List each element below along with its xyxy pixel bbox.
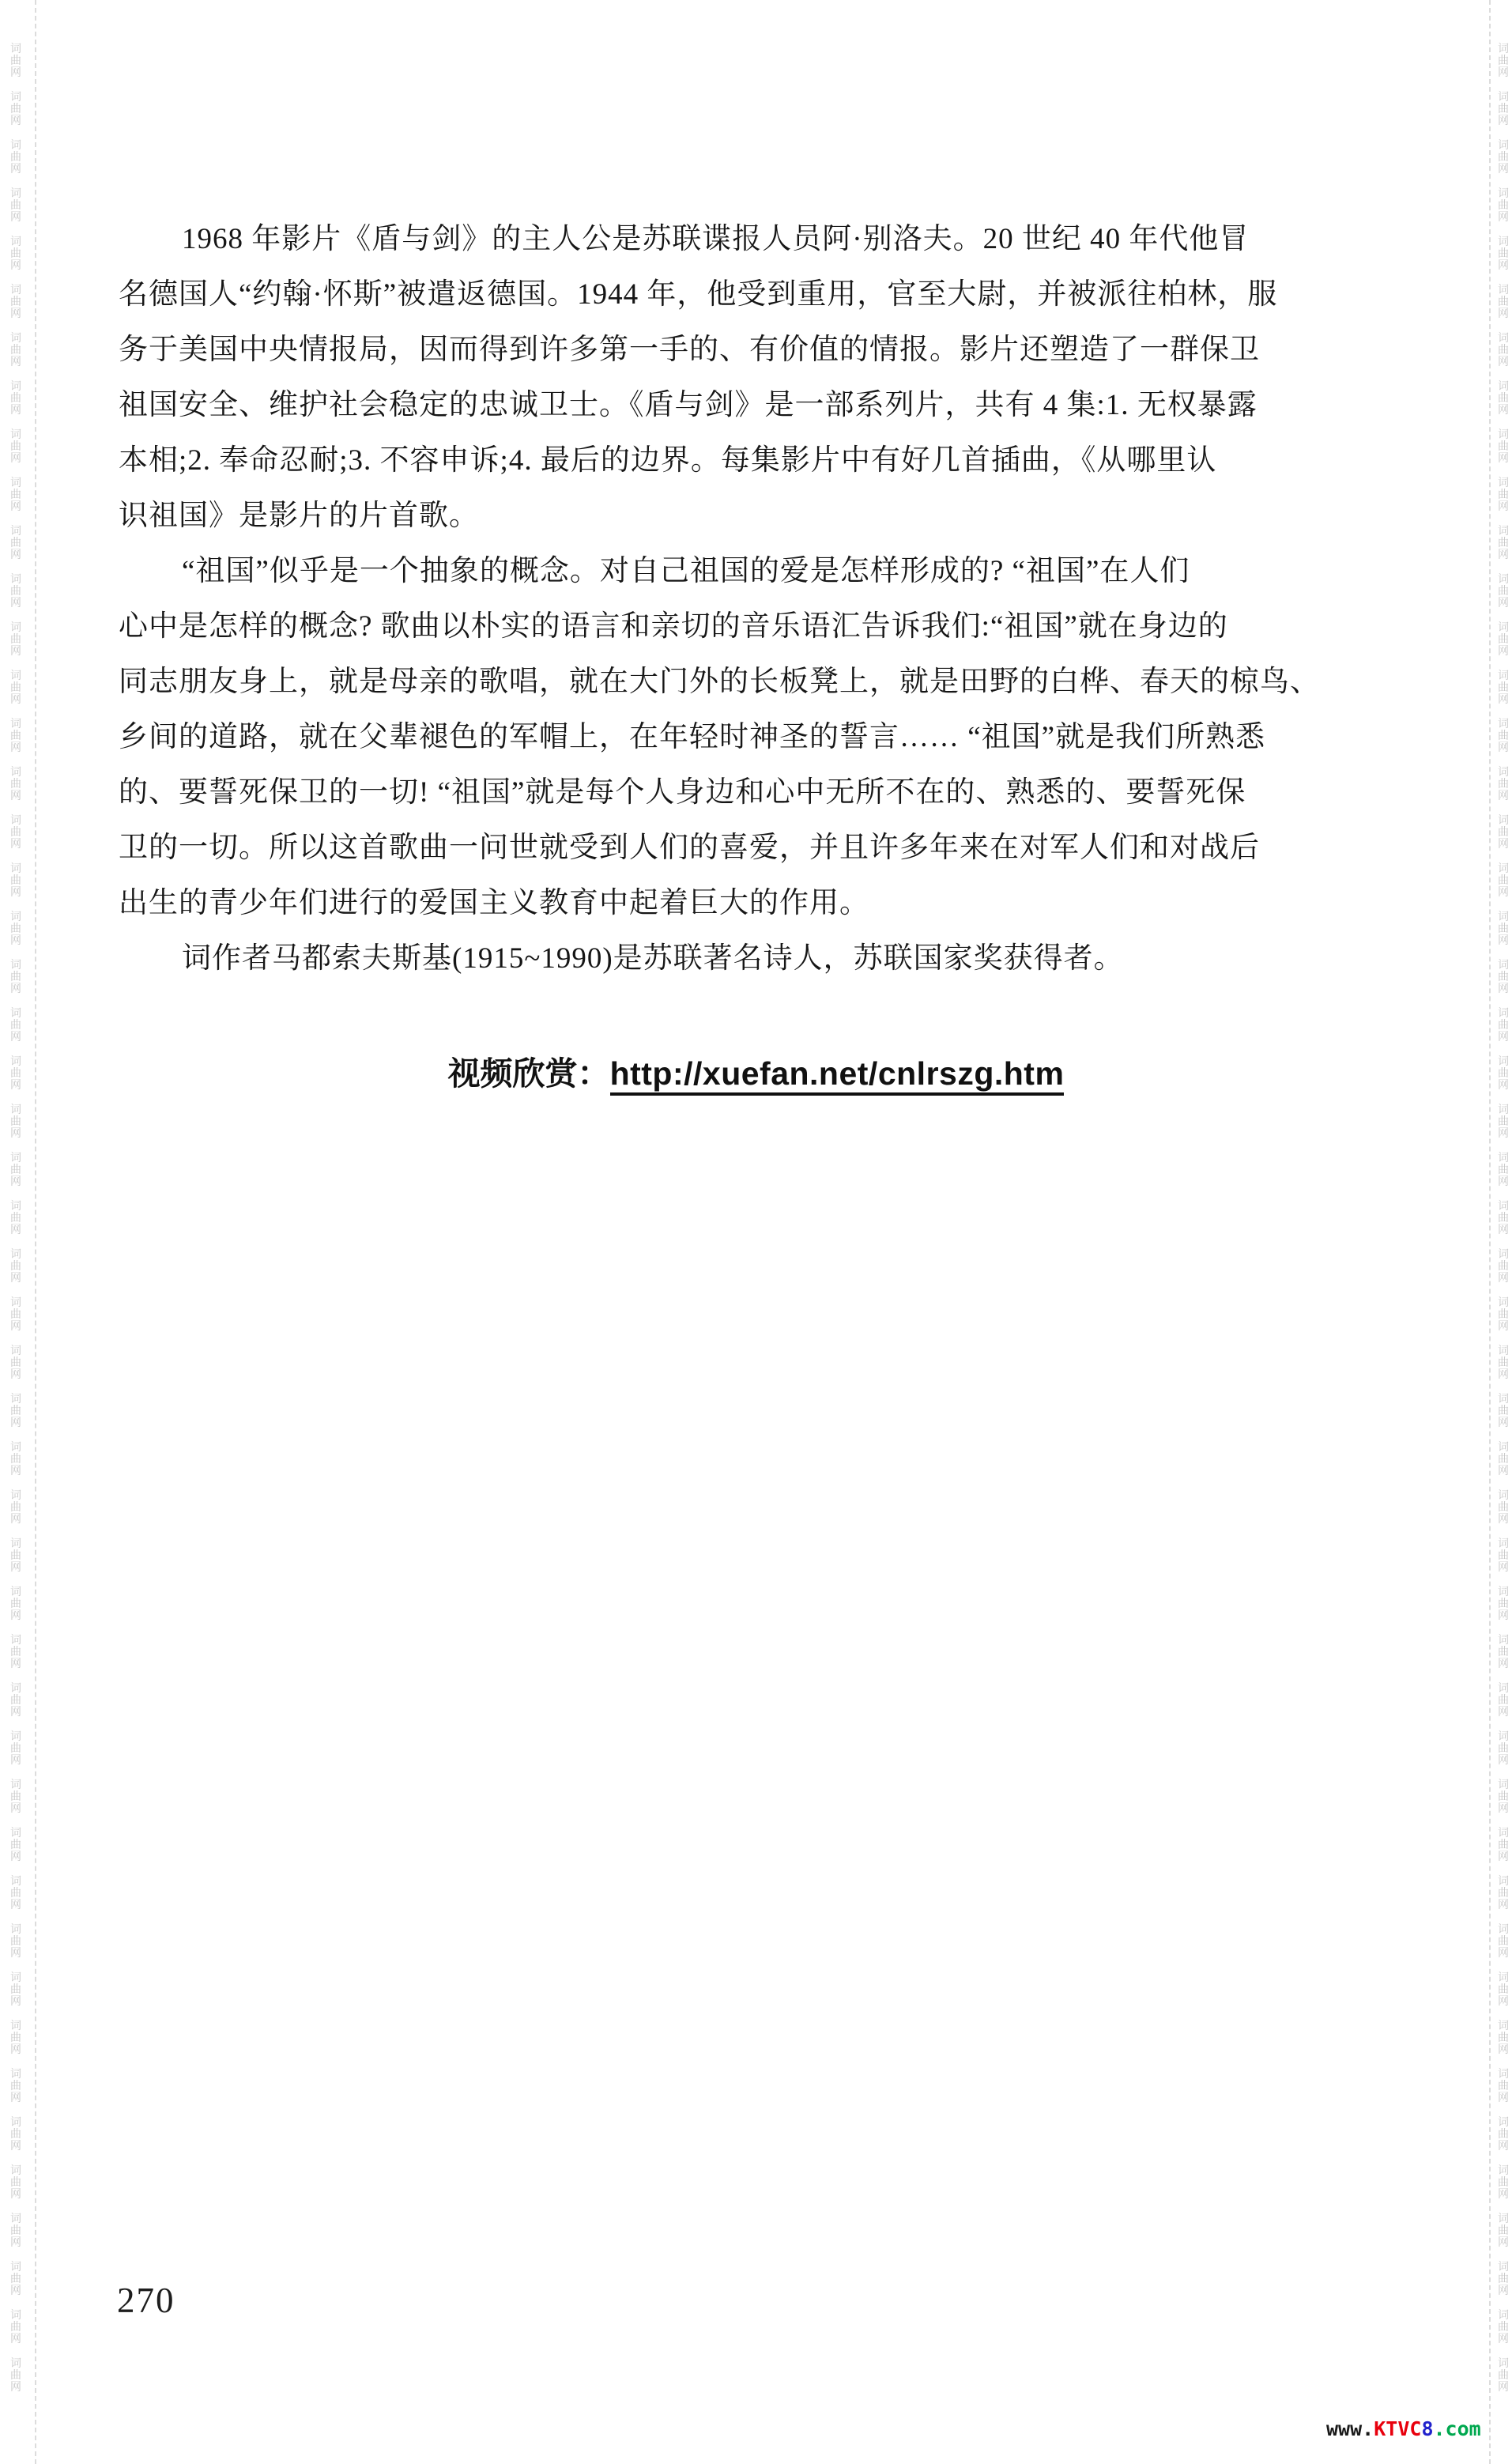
margin-watermark-char: 曲	[10, 1695, 21, 1707]
margin-watermark-char: 曲	[1498, 1791, 1509, 1803]
margin-watermark-char: 曲	[1498, 296, 1509, 308]
margin-watermark-group: 词曲网	[1498, 2117, 1509, 2153]
margin-watermark-char: 曲	[10, 489, 21, 501]
margin-watermark-char: 曲	[10, 1357, 21, 1369]
margin-watermark-group: 词曲网	[1498, 526, 1509, 561]
margin-watermark-char: 曲	[10, 634, 21, 646]
margin-watermark-group: 词曲网	[1498, 1635, 1509, 1670]
margin-watermark-group: 词曲网	[10, 1008, 21, 1043]
margin-watermark-char: 词	[1498, 1538, 1509, 1550]
margin-watermark-char: 词	[10, 1442, 21, 1454]
margin-watermark-char: 网	[10, 67, 21, 79]
margin-watermark-group: 词曲网	[10, 960, 21, 995]
text-line: 识祖国》是影片的片首歌。	[119, 489, 1386, 544]
margin-watermark-group: 词曲网	[1498, 1345, 1509, 1381]
margin-watermark-char: 网	[10, 598, 21, 609]
margin-watermark-char: 曲	[1498, 1888, 1509, 1900]
margin-watermark-char: 网	[10, 260, 21, 272]
margin-watermark-char: 曲	[1498, 200, 1509, 212]
margin-watermark-char: 网	[1498, 1900, 1509, 1911]
text-line: 名德国人“约翰·怀斯”被遣返德国。1944 年，他受到重用，官至大尉，并被派往柏…	[119, 267, 1386, 323]
margin-watermark-group: 词曲网	[1498, 960, 1509, 995]
margin-watermark-char: 网	[1498, 2092, 1509, 2104]
text-line: 本相;2. 奉命忍耐;3. 不容申诉;4. 最后的边界。每集影片中有好几首插曲，…	[119, 433, 1386, 489]
margin-watermark-group: 词曲网	[10, 1104, 21, 1140]
margin-watermark-char: 网	[10, 1369, 21, 1381]
margin-watermark-group: 词曲网	[10, 92, 21, 127]
margin-watermark-char: 网	[10, 1755, 21, 1767]
text-line: 词作者马都索夫斯基(1915~1990)是苏联著名诗人，苏联国家奖获得者。	[119, 931, 1386, 987]
margin-watermark-char: 曲	[10, 393, 21, 405]
margin-watermark-char: 网	[1498, 1032, 1509, 1043]
margin-watermark-char: 词	[1498, 1490, 1509, 1502]
margin-watermark-char: 词	[10, 43, 21, 55]
margin-watermark-char: 词	[10, 140, 21, 152]
margin-watermark-group: 词曲网	[1498, 767, 1509, 802]
margin-watermark-char: 曲	[1498, 779, 1509, 791]
margin-watermark-group: 词曲网	[1498, 1249, 1509, 1285]
margin-watermark-char: 曲	[10, 779, 21, 791]
margin-watermark-char: 曲	[1498, 1406, 1509, 1417]
margin-watermark-char: 曲	[10, 2177, 21, 2189]
margin-watermark-char: 词	[1498, 2262, 1509, 2273]
margin-watermark-group: 词曲网	[10, 236, 21, 272]
right-margin-watermark-column: 词曲网词曲网词曲网词曲网词曲网词曲网词曲网词曲网词曲网词曲网词曲网词曲网词曲网词…	[1492, 43, 1512, 2406]
margin-watermark-group: 词曲网	[10, 1538, 21, 1574]
margin-watermark-char: 词	[1498, 863, 1509, 875]
margin-watermark-char: 曲	[10, 345, 21, 357]
margin-watermark-group: 词曲网	[1498, 719, 1509, 754]
margin-watermark-group: 词曲网	[1498, 1924, 1509, 1960]
margin-watermark-group: 词曲网	[10, 2358, 21, 2394]
margin-watermark-group: 词曲网	[1498, 381, 1509, 417]
margin-watermark-char: 网	[1498, 1996, 1509, 2008]
margin-watermark-char: 曲	[10, 1936, 21, 1948]
margin-watermark-char: 词	[1498, 92, 1509, 104]
margin-watermark-group: 词曲网	[1498, 1153, 1509, 1188]
margin-watermark-char: 网	[10, 1948, 21, 1960]
margin-watermark-char: 词	[10, 574, 21, 586]
margin-watermark-group: 词曲网	[1498, 2358, 1509, 2394]
margin-watermark-group: 词曲网	[10, 1153, 21, 1188]
margin-watermark-char: 词	[10, 381, 21, 393]
margin-watermark-group: 词曲网	[10, 1249, 21, 1285]
margin-watermark-char: 词	[10, 1731, 21, 1743]
margin-watermark-group: 词曲网	[1498, 1876, 1509, 1911]
text-line: 1968 年影片《盾与剑》的主人公是苏联谍报人员阿·别洛夫。20 世纪 40 年…	[119, 212, 1386, 267]
margin-watermark-char: 曲	[1498, 104, 1509, 115]
margin-watermark-char: 词	[1498, 1297, 1509, 1309]
margin-watermark-char: 网	[10, 1128, 21, 1140]
margin-watermark-char: 曲	[1498, 1020, 1509, 1032]
margin-watermark-group: 词曲网	[1498, 1008, 1509, 1043]
margin-watermark-group: 词曲网	[10, 1972, 21, 2008]
margin-watermark-char: 曲	[1498, 1116, 1509, 1128]
margin-watermark-group: 词曲网	[10, 815, 21, 851]
text-line: 乡间的道路，就在父辈褪色的军帽上，在年轻时神圣的誓言…… “祖国”就是我们所熟悉	[119, 710, 1386, 765]
margin-watermark-group: 词曲网	[1498, 1104, 1509, 1140]
margin-watermark-char: 网	[10, 887, 21, 899]
margin-watermark-char: 网	[1498, 646, 1509, 658]
margin-watermark-char: 词	[1498, 2069, 1509, 2081]
margin-watermark-char: 曲	[1498, 827, 1509, 839]
margin-watermark-char: 曲	[10, 1020, 21, 1032]
margin-watermark-char: 网	[1498, 357, 1509, 368]
margin-watermark-char: 曲	[1498, 1743, 1509, 1755]
margin-watermark-group: 词曲网	[10, 1345, 21, 1381]
margin-watermark-group: 词曲网	[1498, 1828, 1509, 1863]
margin-watermark-char: 词	[10, 1201, 21, 1213]
margin-watermark-char: 网	[1498, 1369, 1509, 1381]
margin-watermark-group: 词曲网	[1498, 140, 1509, 175]
margin-watermark-group: 词曲网	[1498, 429, 1509, 465]
margin-watermark-char: 词	[1498, 1442, 1509, 1454]
site-watermark: www.KTVC8.com	[1326, 2417, 1481, 2440]
margin-watermark-char: 词	[1498, 188, 1509, 200]
margin-watermark-char: 网	[1498, 308, 1509, 320]
margin-watermark-char: 曲	[1498, 393, 1509, 405]
margin-watermark-char: 词	[10, 285, 21, 296]
margin-watermark-char: 词	[10, 1924, 21, 1936]
margin-watermark-char: 网	[1498, 887, 1509, 899]
margin-watermark-char: 曲	[10, 923, 21, 935]
margin-watermark-char: 曲	[1498, 586, 1509, 598]
margin-watermark-char: 词	[1498, 670, 1509, 682]
margin-watermark-char: 网	[10, 2237, 21, 2249]
margin-watermark-char: 曲	[10, 827, 21, 839]
margin-watermark-char: 网	[1498, 1562, 1509, 1574]
margin-watermark-char: 曲	[1498, 441, 1509, 453]
margin-watermark-group: 词曲网	[10, 1683, 21, 1719]
margin-watermark-char: 网	[1498, 2141, 1509, 2153]
margin-watermark-group: 词曲网	[1498, 2310, 1509, 2345]
margin-watermark-char: 词	[1498, 429, 1509, 441]
margin-watermark-char: 网	[10, 791, 21, 802]
video-link[interactable]: http://xuefan.net/cnlrszg.htm	[610, 1055, 1065, 1096]
margin-watermark-char: 词	[10, 1683, 21, 1695]
text-line: 心中是怎样的概念? 歌曲以朴实的语言和亲切的音乐语汇告诉我们:“祖国”就在身边的	[119, 599, 1386, 655]
margin-watermark-char: 词	[1498, 1828, 1509, 1840]
margin-watermark-char: 网	[1498, 1321, 1509, 1333]
margin-watermark-group: 词曲网	[10, 1394, 21, 1429]
margin-watermark-char: 词	[10, 670, 21, 682]
margin-watermark-char: 网	[1498, 1224, 1509, 1236]
text-line: 务于美国中央情报局，因而得到许多第一手的、有价值的情报。影片还塑造了一群保卫	[119, 323, 1386, 378]
margin-watermark-char: 词	[10, 2213, 21, 2225]
margin-watermark-char: 词	[10, 1153, 21, 1164]
margin-watermark-char: 网	[1498, 791, 1509, 802]
margin-watermark-char: 曲	[1498, 1502, 1509, 1514]
margin-watermark-char: 网	[10, 1273, 21, 1285]
margin-watermark-char: 网	[10, 1562, 21, 1574]
margin-watermark-char: 词	[1498, 719, 1509, 730]
text-line: 的、要誓死保卫的一切! “祖国”就是每个人身边和心中无所不在的、熟悉的、要誓死保	[119, 765, 1386, 821]
margin-watermark-char: 网	[1498, 839, 1509, 851]
margin-watermark-char: 曲	[10, 1116, 21, 1128]
margin-watermark-char: 曲	[1498, 1261, 1509, 1273]
margin-watermark-char: 词	[10, 815, 21, 827]
margin-watermark-group: 词曲网	[10, 2117, 21, 2153]
margin-watermark-char: 曲	[10, 2129, 21, 2141]
margin-watermark-char: 网	[10, 694, 21, 706]
text-line: 卫的一切。所以这首歌曲一问世就受到人们的喜爱，并且许多年来在对军人们和对战后	[119, 821, 1386, 876]
margin-watermark-char: 曲	[10, 1550, 21, 1562]
margin-watermark-group: 词曲网	[10, 863, 21, 899]
margin-watermark-char: 词	[1498, 1153, 1509, 1164]
margin-watermark-char: 词	[10, 1876, 21, 1888]
margin-watermark-group: 词曲网	[10, 911, 21, 947]
margin-watermark-char: 曲	[10, 1309, 21, 1321]
margin-watermark-char: 网	[1498, 2382, 1509, 2394]
margin-watermark-char: 网	[1498, 1755, 1509, 1767]
margin-watermark-group: 词曲网	[10, 1924, 21, 1960]
margin-watermark-char: 网	[1498, 2285, 1509, 2297]
margin-watermark-char: 曲	[10, 1840, 21, 1851]
margin-watermark-char: 曲	[1498, 1840, 1509, 1851]
margin-watermark-group: 词曲网	[10, 1828, 21, 1863]
margin-watermark-char: 词	[10, 2310, 21, 2322]
margin-watermark-char: 网	[10, 549, 21, 561]
margin-watermark-group: 词曲网	[10, 1201, 21, 1236]
margin-watermark-char: 网	[10, 1610, 21, 1622]
page-number: 270	[117, 2280, 175, 2321]
margin-watermark-char: 词	[1498, 333, 1509, 345]
margin-watermark-group: 词曲网	[10, 767, 21, 802]
margin-watermark-group: 词曲网	[10, 2310, 21, 2345]
margin-watermark-char: 词	[10, 863, 21, 875]
margin-watermark-char: 词	[1498, 1104, 1509, 1116]
margin-watermark-group: 词曲网	[10, 622, 21, 658]
margin-watermark-char: 网	[10, 935, 21, 947]
margin-watermark-char: 词	[10, 526, 21, 538]
margin-watermark-char: 网	[10, 1224, 21, 1236]
margin-watermark-char: 曲	[10, 2225, 21, 2237]
margin-watermark-char: 曲	[1498, 2177, 1509, 2189]
margin-watermark-char: 曲	[10, 2032, 21, 2044]
margin-watermark-char: 词	[10, 1587, 21, 1598]
site-watermark-segment: .com	[1434, 2417, 1481, 2440]
margin-watermark-char: 词	[10, 1538, 21, 1550]
margin-watermark-char: 网	[1498, 742, 1509, 754]
margin-watermark-char: 网	[1498, 1610, 1509, 1622]
margin-watermark-char: 词	[10, 1635, 21, 1647]
margin-watermark-char: 词	[10, 1394, 21, 1406]
margin-watermark-group: 词曲网	[10, 333, 21, 368]
margin-watermark-char: 网	[10, 1707, 21, 1719]
margin-watermark-char: 词	[10, 2358, 21, 2370]
text-line: 祖国安全、维护社会稳定的忠诚卫士。《盾与剑》是一部系列片，共有 4 集:1. 无…	[119, 378, 1386, 433]
margin-watermark-char: 曲	[1498, 1357, 1509, 1369]
margin-watermark-group: 词曲网	[1498, 815, 1509, 851]
margin-watermark-char: 词	[10, 1297, 21, 1309]
margin-watermark-char: 曲	[10, 682, 21, 694]
margin-watermark-char: 词	[1498, 2117, 1509, 2129]
margin-watermark-char: 曲	[10, 104, 21, 115]
margin-watermark-char: 网	[1498, 2237, 1509, 2249]
margin-watermark-char: 词	[1498, 911, 1509, 923]
margin-watermark-char: 曲	[1498, 2129, 1509, 2141]
margin-watermark-group: 词曲网	[1498, 2021, 1509, 2056]
margin-watermark-char: 词	[10, 1779, 21, 1791]
site-watermark-segment: KTVC	[1374, 2417, 1421, 2440]
margin-watermark-char: 网	[1498, 1514, 1509, 1526]
margin-watermark-char: 网	[10, 1417, 21, 1429]
margin-watermark-char: 曲	[10, 2081, 21, 2092]
margin-watermark-char: 词	[10, 188, 21, 200]
right-margin-dashed-line	[1489, 0, 1491, 2464]
margin-watermark-char: 网	[10, 501, 21, 513]
margin-watermark-char: 网	[10, 1466, 21, 1477]
margin-watermark-char: 网	[10, 115, 21, 127]
margin-watermark-char: 词	[10, 960, 21, 972]
margin-watermark-char: 词	[10, 92, 21, 104]
margin-watermark-char: 曲	[10, 1261, 21, 1273]
margin-watermark-group: 词曲网	[10, 2021, 21, 2056]
margin-watermark-group: 词曲网	[10, 43, 21, 79]
margin-watermark-char: 词	[1498, 2021, 1509, 2032]
margin-watermark-char: 网	[1498, 1466, 1509, 1477]
margin-watermark-char: 曲	[1498, 682, 1509, 694]
margin-watermark-char: 网	[1498, 2044, 1509, 2056]
margin-watermark-char: 网	[10, 1900, 21, 1911]
margin-watermark-char: 曲	[10, 296, 21, 308]
margin-watermark-char: 曲	[10, 586, 21, 598]
margin-watermark-char: 曲	[1498, 730, 1509, 742]
margin-watermark-group: 词曲网	[1498, 188, 1509, 224]
margin-watermark-char: 网	[10, 1032, 21, 1043]
margin-watermark-char: 曲	[1498, 1213, 1509, 1224]
margin-watermark-char: 曲	[1498, 1936, 1509, 1948]
margin-watermark-char: 网	[10, 1321, 21, 1333]
margin-watermark-char: 词	[1498, 140, 1509, 152]
text-line: 出生的青少年们进行的爱国主义教育中起着巨大的作用。	[119, 876, 1386, 931]
margin-watermark-char: 词	[1498, 2165, 1509, 2177]
margin-watermark-char: 网	[10, 2044, 21, 2056]
margin-watermark-char: 词	[10, 1104, 21, 1116]
margin-watermark-char: 网	[10, 2092, 21, 2104]
margin-watermark-char: 曲	[1498, 248, 1509, 260]
margin-watermark-char: 网	[1498, 1176, 1509, 1188]
margin-watermark-char: 网	[10, 742, 21, 754]
margin-watermark-char: 曲	[10, 1598, 21, 1610]
margin-watermark-char: 词	[1498, 381, 1509, 393]
margin-watermark-char: 曲	[1498, 1309, 1509, 1321]
margin-watermark-char: 网	[1498, 1128, 1509, 1140]
margin-watermark-char: 词	[1498, 477, 1509, 489]
margin-watermark-group: 词曲网	[1498, 2165, 1509, 2201]
margin-watermark-char: 词	[10, 2069, 21, 2081]
margin-watermark-char: 网	[1498, 164, 1509, 175]
margin-watermark-group: 词曲网	[1498, 1394, 1509, 1429]
margin-watermark-char: 曲	[1498, 923, 1509, 935]
margin-watermark-group: 词曲网	[10, 381, 21, 417]
margin-watermark-char: 曲	[1498, 1550, 1509, 1562]
margin-watermark-char: 词	[10, 767, 21, 779]
margin-watermark-char: 词	[1498, 1587, 1509, 1598]
margin-watermark-char: 网	[1498, 935, 1509, 947]
margin-watermark-group: 词曲网	[10, 1635, 21, 1670]
margin-watermark-char: 词	[1498, 2213, 1509, 2225]
margin-watermark-char: 网	[10, 2382, 21, 2394]
margin-watermark-group: 词曲网	[1498, 670, 1509, 706]
margin-watermark-char: 词	[10, 1828, 21, 1840]
margin-watermark-char: 曲	[1498, 972, 1509, 983]
margin-watermark-char: 网	[1498, 2334, 1509, 2345]
margin-watermark-group: 词曲网	[10, 1490, 21, 1526]
margin-watermark-group: 词曲网	[10, 1731, 21, 1767]
margin-watermark-char: 网	[1498, 67, 1509, 79]
margin-watermark-group: 词曲网	[10, 1779, 21, 1815]
margin-watermark-group: 词曲网	[1498, 1587, 1509, 1622]
margin-watermark-char: 曲	[10, 972, 21, 983]
margin-watermark-char: 词	[1498, 1635, 1509, 1647]
margin-watermark-char: 网	[1498, 1707, 1509, 1719]
margin-watermark-group: 词曲网	[10, 670, 21, 706]
margin-watermark-char: 曲	[1498, 55, 1509, 67]
margin-watermark-group: 词曲网	[10, 719, 21, 754]
margin-watermark-char: 词	[10, 1249, 21, 1261]
margin-watermark-char: 网	[1498, 694, 1509, 706]
margin-watermark-group: 词曲网	[10, 1876, 21, 1911]
margin-watermark-char: 网	[1498, 115, 1509, 127]
margin-watermark-char: 词	[1498, 767, 1509, 779]
margin-watermark-char: 曲	[1498, 1164, 1509, 1176]
margin-watermark-group: 词曲网	[10, 1442, 21, 1477]
margin-watermark-char: 网	[1498, 2189, 1509, 2201]
margin-watermark-char: 词	[1498, 2358, 1509, 2370]
margin-watermark-char: 网	[10, 2334, 21, 2345]
margin-watermark-group: 词曲网	[10, 574, 21, 609]
site-watermark-segment: 8	[1421, 2417, 1433, 2440]
margin-watermark-group: 词曲网	[1498, 1683, 1509, 1719]
margin-watermark-char: 词	[1498, 1249, 1509, 1261]
margin-watermark-group: 词曲网	[1498, 1779, 1509, 1815]
margin-watermark-char: 网	[1498, 212, 1509, 224]
margin-watermark-group: 词曲网	[1498, 574, 1509, 609]
margin-watermark-char: 词	[1498, 1394, 1509, 1406]
margin-watermark-group: 词曲网	[1498, 2213, 1509, 2249]
margin-watermark-char: 网	[10, 405, 21, 417]
margin-watermark-group: 词曲网	[10, 1297, 21, 1333]
margin-watermark-char: 网	[1498, 1273, 1509, 1285]
margin-watermark-char: 网	[10, 1803, 21, 1815]
margin-watermark-char: 曲	[1498, 2081, 1509, 2092]
margin-watermark-char: 网	[1498, 260, 1509, 272]
main-text: 1968 年影片《盾与剑》的主人公是苏联谍报人员阿·别洛夫。20 世纪 40 年…	[119, 212, 1386, 987]
margin-watermark-char: 曲	[10, 2322, 21, 2334]
margin-watermark-char: 词	[1498, 622, 1509, 634]
margin-watermark-char: 词	[1498, 285, 1509, 296]
margin-watermark-char: 曲	[10, 875, 21, 887]
margin-watermark-group: 词曲网	[10, 2213, 21, 2249]
margin-watermark-char: 网	[1498, 1948, 1509, 1960]
margin-watermark-group: 词曲网	[1498, 285, 1509, 320]
margin-watermark-char: 网	[10, 308, 21, 320]
margin-watermark-char: 曲	[1498, 2032, 1509, 2044]
margin-watermark-char: 网	[10, 1658, 21, 1670]
margin-watermark-char: 词	[1498, 960, 1509, 972]
margin-watermark-char: 曲	[1498, 1454, 1509, 1466]
margin-watermark-group: 词曲网	[1498, 333, 1509, 368]
margin-watermark-char: 网	[10, 839, 21, 851]
margin-watermark-char: 曲	[10, 2370, 21, 2382]
margin-watermark-char: 曲	[1498, 1984, 1509, 1996]
margin-watermark-group: 词曲网	[10, 429, 21, 465]
margin-watermark-char: 曲	[10, 538, 21, 549]
margin-watermark-group: 词曲网	[10, 2069, 21, 2104]
margin-watermark-char: 词	[1498, 1731, 1509, 1743]
margin-watermark-char: 曲	[10, 730, 21, 742]
